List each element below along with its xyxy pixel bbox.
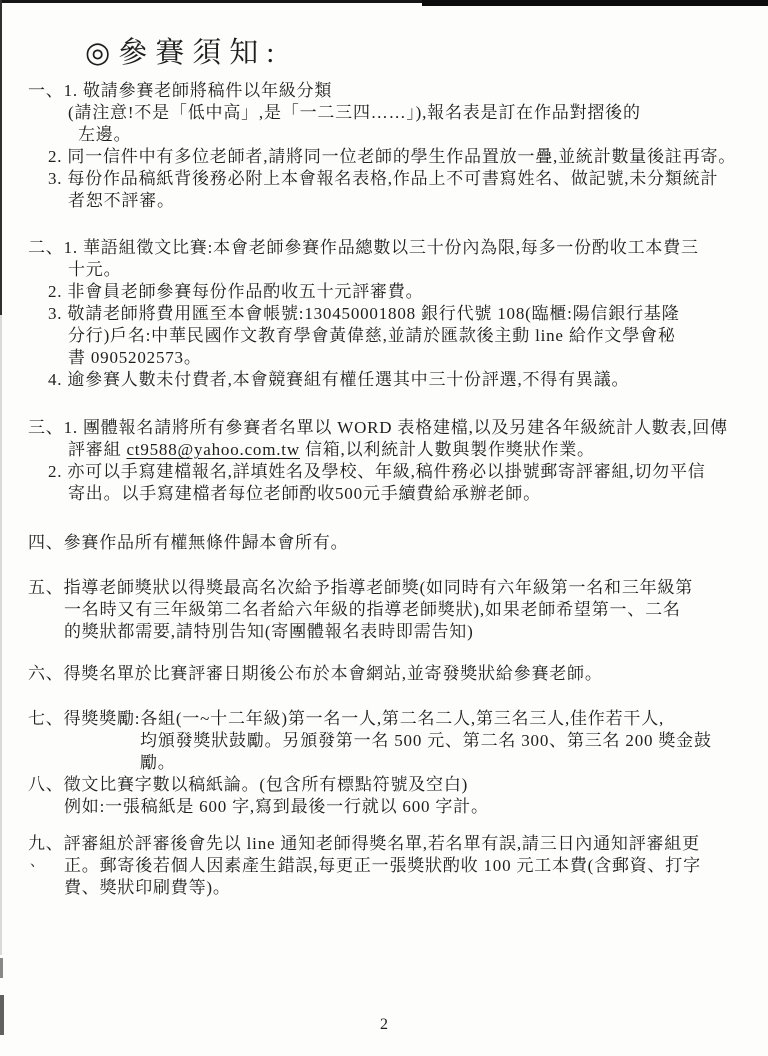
section-9: 九、評審組於評審後會先以 line 通知老師得獎名單,若名單有誤,請三日內通知評… (0, 833, 768, 899)
section-7-line: 七、得獎獎勵:各組(一~十二年級)第一名一人,第二名二人,第三名三人,佳作若干人… (0, 708, 768, 730)
scan-artifact-top-right-edge (422, 0, 768, 6)
section-4-line: 四、參賽作品所有權無條件歸本會所有。 (0, 532, 768, 554)
section-2-line: 二、1. 華語組徵文比賽:本會老師參賽作品總數以三十份內為限,每多一份酌收工本費… (0, 237, 768, 259)
section-5-line: 五、指導老師獎狀以得獎最高名次給予指導老師獎(如同時有六年級第一名和三年級第 (0, 577, 768, 599)
section-8: 八、徵文比賽字數以稿紙論。(包含所有標點符號及空白) 例如:一張稿紙是 600 … (0, 774, 768, 818)
section-2-line-phone: 書 0905202573。 (0, 347, 768, 369)
scanned-document-page: 、 ◎參賽須知: 一、1. 敬請參賽老師將稿件以年級分類 (請注意!不是「低中高… (0, 0, 768, 1056)
scan-artifact-bottom-left (0, 958, 3, 978)
section-2-line: 2. 非會員老師參賽每份作品酌收五十元評審費。 (0, 281, 768, 303)
section-9-line: 費、獎狀印刷費等)。 (0, 877, 768, 899)
section-7: 七、得獎獎勵:各組(一~十二年級)第一名一人,第二名二人,第三名三人,佳作若干人… (0, 708, 768, 774)
section-7-line: 勵。 (0, 752, 768, 774)
section-5-line: 一名時又有三年級第二名者給六年級的指導老師獎狀),如果老師希望第一、二名 (0, 599, 768, 621)
email-suffix: 信箱,以利統計人數與製作獎狀作業。 (300, 440, 595, 459)
section-3-line-email: 評審組 ct9588@yahoo.com.tw 信箱,以利統計人數與製作獎狀作業… (0, 439, 768, 461)
section-3: 三、1. 團體報名請將所有參賽者名單以 WORD 表格建檔,以及另建各年級統計人… (0, 417, 768, 505)
section-1-line: 3. 每份作品稿紙背後務必附上本會報名表格,作品上不可書寫姓名、做記號,未分類統… (0, 168, 768, 190)
section-3-line: 三、1. 團體報名請將所有參賽者名單以 WORD 表格建檔,以及另建各年級統計人… (0, 417, 768, 439)
section-8-line: 八、徵文比賽字數以稿紙論。(包含所有標點符號及空白) (0, 774, 768, 796)
scan-artifact-top-edge (0, 0, 768, 3)
section-2-line: 分行)戶名:中華民國作文教育學會黃偉慈,並請於匯款後主動 line 給作文學會秘 (0, 325, 768, 347)
section-4: 四、參賽作品所有權無條件歸本會所有。 (0, 532, 768, 554)
section-7-line: 均頒發獎狀鼓勵。另頒發第一名 500 元、第二名 300、第三名 200 獎金鼓 (0, 730, 768, 752)
section-3-line: 寄出。以手寫建檔者每位老師酌收500元手續費給承辦老師。 (0, 483, 768, 505)
section-6: 六、得獎名單於比賽評審日期後公布於本會網站,並寄發獎狀給參賽老師。 (0, 663, 768, 685)
doc-title: ◎參賽須知: (85, 36, 768, 70)
section-2: 二、1. 華語組徵文比賽:本會老師參賽作品總數以三十份內為限,每多一份酌收工本費… (0, 237, 768, 391)
section-1: 一、1. 敬請參賽老師將稿件以年級分類 (請注意!不是「低中高」,是「一二三四…… (0, 80, 768, 212)
section-1-line: 2. 同一信件中有多位老師者,請將同一位老師的學生作品置放一疊,並統計數量後註再… (0, 146, 768, 168)
section-6-line: 六、得獎名單於比賽評審日期後公布於本會網站,並寄發獎狀給參賽老師。 (0, 663, 768, 685)
stray-pencil-mark: 、 (30, 851, 44, 871)
email-prefix: 評審組 (68, 440, 126, 459)
section-9-line: 正。郵寄後若個人因素產生錯誤,每更正一張獎狀酌收 100 元工本費(含郵資、打字 (0, 855, 768, 877)
email-address: ct9588@yahoo.com.tw (126, 440, 299, 459)
page-number: 2 (0, 1016, 768, 1034)
section-5: 五、指導老師獎狀以得獎最高名次給予指導老師獎(如同時有六年級第一名和三年級第 一… (0, 577, 768, 643)
section-2-line: 4. 逾參賽人數未付費者,本會競賽組有權任選其中三十份評選,不得有異議。 (0, 369, 768, 391)
section-2-line: 十元。 (0, 259, 768, 281)
section-9-line: 九、評審組於評審後會先以 line 通知老師得獎名單,若名單有誤,請三日內通知評… (0, 833, 768, 855)
section-5-line: 的獎狀都需要,請特別告知(寄團體報名表時即需告知) (0, 621, 768, 643)
section-1-line: 者恕不評審。 (0, 190, 768, 212)
section-1-line: 左邊。 (0, 124, 768, 146)
section-8-line: 例如:一張稿紙是 600 字,寫到最後一行就以 600 字計。 (0, 796, 768, 818)
section-1-line: 一、1. 敬請參賽老師將稿件以年級分類 (0, 80, 768, 102)
section-1-line: (請注意!不是「低中高」,是「一二三四……」),報名表是訂在作品對摺後的 (0, 102, 768, 124)
section-2-line-bank-account: 3. 敬請老師將費用匯至本會帳號:130450001808 銀行代號 108(臨… (0, 303, 768, 325)
section-3-line: 2. 亦可以手寫建檔報名,詳填姓名及學校、年級,稿件務必以掛號郵寄評審組,切勿平… (0, 461, 768, 483)
